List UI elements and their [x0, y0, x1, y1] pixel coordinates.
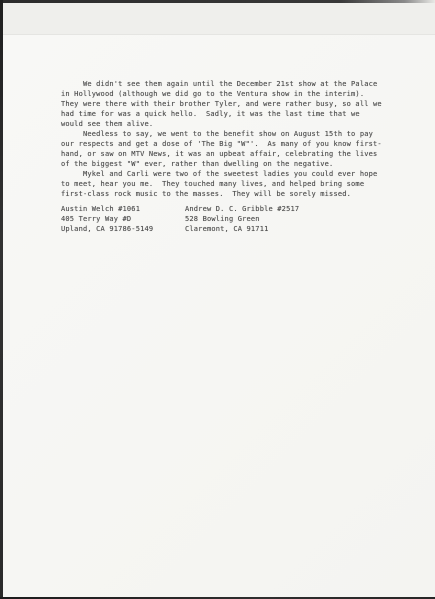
address-right: Andrew D. C. Gribble #2517 528 Bowling G…: [185, 204, 299, 234]
address-right-name: Andrew D. C. Gribble #2517: [185, 204, 299, 214]
paragraph-palace-show: We didn't see them again until the Decem…: [61, 79, 391, 129]
scan-edge-top: [0, 0, 435, 3]
address-right-street: 528 Bowling Green: [185, 214, 299, 224]
paragraph-tribute: Mykel and Carli were two of the sweetest…: [61, 169, 391, 199]
scan-edge-left: [0, 0, 3, 599]
address-left-street: 405 Terry Way #D: [61, 214, 185, 224]
address-block: Austin Welch #1061 405 Terry Way #D Upla…: [61, 204, 299, 234]
scanned-letter-page: We didn't see them again until the Decem…: [0, 0, 435, 599]
address-left-name: Austin Welch #1061: [61, 204, 185, 214]
letter-body: We didn't see them again until the Decem…: [61, 79, 391, 199]
scan-top-band: [0, 0, 435, 35]
paragraph-benefit-show: Needless to say, we went to the benefit …: [61, 129, 391, 169]
address-right-city: Claremont, CA 91711: [185, 224, 299, 234]
address-left: Austin Welch #1061 405 Terry Way #D Upla…: [61, 204, 185, 234]
address-left-city: Upland, CA 91786-5149: [61, 224, 185, 234]
